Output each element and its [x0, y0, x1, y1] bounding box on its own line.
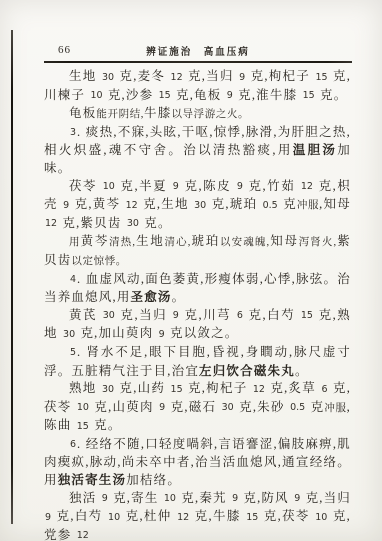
dose-number: 10	[163, 493, 177, 504]
dose-number: 15	[170, 384, 184, 395]
text-segment: 克,麦冬	[115, 69, 170, 83]
dose-number: 12	[300, 181, 314, 192]
dose-number: 9	[158, 402, 166, 413]
header-rule	[44, 61, 352, 63]
dose-number: 9	[44, 512, 52, 523]
running-header-title: 辨证施治 高血压病	[44, 44, 352, 59]
page-header: 66 辨证施治 高血压病	[44, 44, 352, 58]
text-segment: 克,当归	[184, 69, 239, 83]
text-segment: . 血虚风动,面色萎黄,形瘦体弱,心悸,脉弦。治当养血熄风,用	[44, 272, 351, 305]
text-segment: 克,寄生	[109, 491, 163, 505]
dose-number: 4	[69, 274, 77, 285]
text-segment: 克,川芎	[180, 308, 236, 322]
formula-name: 温胆汤	[293, 143, 338, 157]
dose-number: 15	[158, 90, 172, 101]
text-segment: 。	[172, 290, 186, 304]
text-segment: 克。	[90, 418, 122, 432]
text-segment: 熟地	[69, 381, 101, 395]
paragraph: 4. 血虚风动,面色萎黄,形瘦体弱,心悸,脉弦。治当养血熄风,用圣愈汤。	[44, 271, 351, 307]
dose-number: 9	[101, 493, 109, 504]
text-segment: 克,磁石	[166, 400, 220, 414]
dose-number: 10	[76, 402, 90, 413]
dose-number: 30	[62, 329, 76, 340]
dose-number: 30	[126, 218, 140, 229]
text-segment: 克,紫贝齿	[58, 216, 126, 230]
text-segment: 克。	[140, 216, 172, 230]
dose-number: 3	[69, 127, 77, 138]
dose-number: 10	[102, 181, 116, 192]
dose-number: 30	[102, 310, 116, 321]
text-segment: 生地	[136, 234, 165, 248]
dose-number: 12	[170, 72, 184, 83]
text-segment: 黄芪	[69, 308, 102, 322]
dose-number: 15	[76, 421, 90, 432]
text-segment: 能开阴结,	[96, 109, 144, 120]
text-segment: 克,朱砂	[235, 400, 289, 414]
text-segment: 以安魂魄,	[220, 237, 270, 248]
text-segment: 克,沙参	[104, 88, 158, 102]
dose-number: 6	[236, 310, 244, 321]
dose-number: 30	[221, 402, 235, 413]
text-segment: 克,龟板	[172, 88, 226, 102]
text-segment: 用	[69, 237, 81, 248]
text-segment: 茯苓	[69, 179, 102, 193]
text-segment: 克,白芍	[52, 509, 107, 523]
text-segment: 冲服	[324, 403, 346, 414]
text-segment: 克,半夏	[116, 179, 172, 193]
text-segment: 泻肾火,	[299, 237, 337, 248]
text-segment: 克,山药	[115, 381, 170, 395]
dose-number: 10	[314, 512, 328, 523]
text-segment: 克	[279, 197, 297, 211]
text-segment: 黄芩	[81, 234, 109, 248]
dose-number: 6	[320, 384, 328, 395]
dose-number: 12	[125, 200, 139, 211]
text-segment: 克,当归	[301, 491, 351, 505]
text-segment: 生地	[69, 69, 101, 83]
text-segment: 克,黄芩	[70, 197, 124, 211]
paragraph: 用黄芩清热,生地清心,琥珀以安魂魄,知母泻肾火,紫贝齿以定惊悸。	[44, 233, 351, 270]
text-segment: 加桔络。	[126, 473, 181, 487]
text-segment: 独活	[69, 491, 101, 505]
dose-number: 0.5	[262, 200, 279, 211]
dose-number: 30	[101, 384, 115, 395]
text-segment: 克,杜仲	[121, 509, 176, 523]
text-segment: 克,枸杞子	[246, 69, 314, 83]
dose-number: 30	[193, 200, 207, 211]
text-segment: 以定惊悸。	[71, 256, 127, 267]
text-segment: 龟板	[69, 106, 96, 120]
dose-number: 9	[172, 310, 180, 321]
text-segment: 克,淮牛膝	[234, 88, 302, 102]
text-segment: 冲服	[297, 200, 319, 211]
page-body: 生地 30 克,麦冬 12 克,当归 9 克,枸杞子 15 克,川楝子 10 克…	[44, 68, 351, 541]
text-segment: 克	[306, 400, 324, 414]
formula-name: 圣愈汤	[131, 290, 172, 304]
scanned-book-page: 66 辨证施治 高血压病 生地 30 克,麦冬 12 克,当归 9 克,枸杞子 …	[0, 0, 382, 541]
text-segment: 克,琥珀	[207, 197, 261, 211]
dose-number: 15	[245, 512, 259, 523]
dose-number: 30	[101, 72, 115, 83]
paragraph: 6. 经络不随,口轻度喎斜,言语謇涩,偏肢麻痹,肌肉瘈疭,脉动,尚未卒中者,治当…	[44, 436, 351, 490]
dose-number: 6	[69, 439, 77, 450]
text-segment: 知母	[270, 234, 299, 248]
paragraph: 独活 9 克,寄生 10 克,秦艽 9 克,防风 9 克,当归 9 克,白芍 1…	[44, 490, 351, 541]
text-segment: 克,炙草	[266, 381, 321, 395]
dose-number: 12	[176, 512, 190, 523]
text-segment: 克,茯苓	[259, 509, 314, 523]
page-edge-line	[11, 30, 13, 524]
dose-number: 15	[314, 72, 328, 83]
formula-name: 独活寄生汤	[58, 473, 127, 487]
dose-number: 15	[302, 90, 316, 101]
dose-number: 5	[69, 347, 77, 358]
text-segment: 克。	[316, 88, 348, 102]
dose-number: 9	[226, 90, 234, 101]
text-segment: 克,陈皮	[180, 179, 236, 193]
dose-number: 9	[158, 329, 166, 340]
text-segment: 克,生地	[139, 197, 193, 211]
paragraph: 龟板能开阴结,牛膝以导浮游之火。	[44, 105, 351, 124]
text-segment: 克,白芍	[244, 308, 300, 322]
paragraph: 黄芪 30 克,当归 9 克,川芎 6 克,白芍 15 克,熟地 30 克,加山…	[44, 307, 351, 344]
text-segment: 以导浮游之火。	[171, 109, 249, 120]
formula-name: 左归饮合磁朱丸	[199, 364, 295, 378]
text-segment: 克,竹茹	[244, 179, 300, 193]
dose-number: 10	[107, 512, 121, 523]
text-segment: 克,山萸肉	[90, 400, 158, 414]
text-segment: 克,秦艽	[177, 491, 231, 505]
paragraph: 熟地 30 克,山药 15 克,枸杞子 12 克,炙草 6 克,茯苓 10 克,…	[44, 380, 351, 436]
paragraph: 3. 痰热,不寐,头眩,干呕,惊悸,脉滑,为肝胆之热,相火炽盛,魂不守舍。治以清…	[44, 124, 351, 178]
dose-number: 9	[238, 72, 246, 83]
text-segment: 克,防风	[239, 491, 293, 505]
dose-number: 9	[236, 181, 244, 192]
dose-number: 9	[172, 181, 180, 192]
text-segment: 克,当归	[116, 308, 172, 322]
text-segment: 克,枸杞子	[184, 381, 252, 395]
dose-number: 12	[44, 218, 58, 229]
text-segment: 琥珀	[191, 234, 220, 248]
paragraph: 生地 30 克,麦冬 12 克,当归 9 克,枸杞子 15 克,川楝子 10 克…	[44, 68, 351, 105]
text-segment: 克以敛之。	[166, 326, 239, 340]
paragraph: 5. 肾水不足,眼下目胞,昏视,身瞤动,脉尺虚寸浮。五脏精气注于目,治宜左归饮合…	[44, 344, 351, 380]
dose-number: 12	[76, 530, 90, 541]
text-segment: 。	[295, 364, 309, 378]
dose-number: 9	[62, 200, 70, 211]
text-segment: 清心,	[165, 237, 191, 248]
dose-number: 10	[89, 90, 103, 101]
text-segment: ,知母	[319, 197, 351, 211]
text-segment: 克,加山萸肉	[76, 326, 157, 340]
dose-number: 12	[252, 384, 266, 395]
dose-number: 0.5	[289, 402, 306, 413]
dose-number: 15	[300, 310, 314, 321]
paragraph: 茯苓 10 克,半夏 9 克,陈皮 9 克,竹茹 12 克,枳壳 9 克,黄芩 …	[44, 178, 351, 234]
text-segment: 克,牛膝	[190, 509, 245, 523]
dose-number: 9	[293, 493, 301, 504]
text-segment: 清热,	[109, 237, 135, 248]
text-segment: 牛膝	[144, 106, 171, 120]
dose-number: 9	[231, 493, 239, 504]
